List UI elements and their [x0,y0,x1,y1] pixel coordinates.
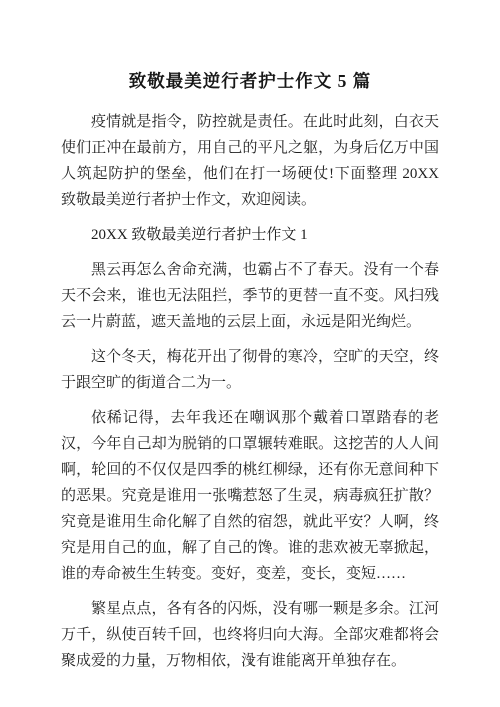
paragraph-body-1: 黑云再怎么舍命充满，也霸占不了春天。没有一个春天不会来，谁也无法阻拦，季节的更替… [61,257,439,335]
paragraph-intro: 疫情就是指令，防控就是责任。在此时此刻，白衣天使们正冲在最前方，用自己的平凡之躯… [61,109,439,213]
document-title: 致敬最美逆行者护士作文 5 篇 [61,68,439,94]
paragraph-body-3: 依稀记得，去年我还在嘲讽那个戴着口罩踏春的老汉，今年自己却为脱销的口罩辗转难眠。… [61,405,439,587]
section-heading-essay-1: 20XX 致敬最美逆行者护士作文 1 [61,222,439,248]
page-number: 1 [0,652,500,668]
paragraph-body-2: 这个冬天，梅花开出了彻骨的寒冷，空旷的天空，终于跟空旷的街道合二为一。 [61,344,439,396]
document-page: 致敬最美逆行者护士作文 5 篇 疫情就是指令，防控就是责任。在此时此刻，白衣天使… [0,0,500,707]
